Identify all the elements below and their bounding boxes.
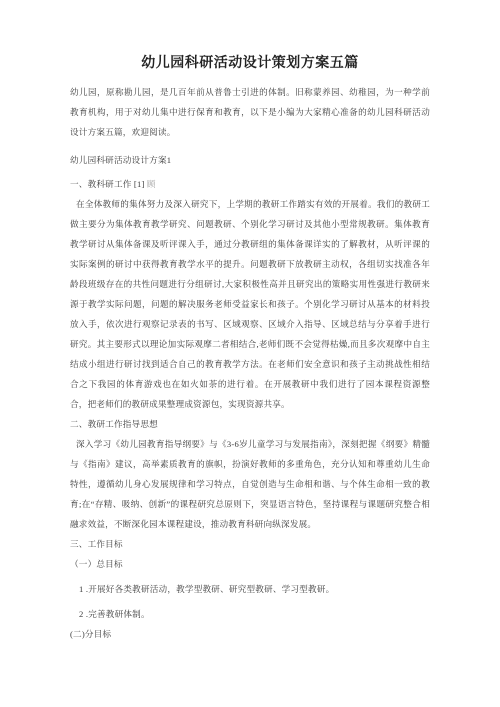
section1-heading: 一、教科研工作 [1] 顾 [70,174,430,194]
section3-heading: 三、工作目标 [70,534,430,554]
sub-goal-1-label: （一）总目标 [70,554,430,574]
section1-heading-text: 一、教科研工作 [1] [70,179,147,189]
goal-item-1: 1 .开展好各类教研活动，教学型教研、研究型教研、学习型教研。 [70,579,430,599]
section2-body: 深入学习《幼儿园教育指导纲要》与《3-6岁儿童学习与发展指南》，深刻把握《纲要》… [70,434,430,534]
goal-item-2: 2 .完善教研体制。 [70,604,430,624]
intro-paragraph: 幼儿园，原称勘儿园，是几百年前从普鲁士引进的体制。旧称蒙养园、幼稚园，为一种学前… [70,82,430,142]
section1-heading-note: 顾 [147,179,156,189]
page-title: 幼儿园科研活动设计策划方案五篇 [70,52,430,76]
section2-heading: 二、教研工作指导思想 [70,414,430,434]
sub-goal-2-label: (二)分目标 [70,624,430,644]
document-page: 幼儿园科研活动设计策划方案五篇 幼儿园，原称勘儿园，是几百年前从普鲁士引进的体制… [0,0,500,707]
plan-subtitle: 幼儿园科研活动设计方案1 [70,150,430,170]
section1-body: 在全体教师的集体努力及深入研究下，上学期的教研工作踏实有效的开展着。我们的教研工… [70,194,430,414]
